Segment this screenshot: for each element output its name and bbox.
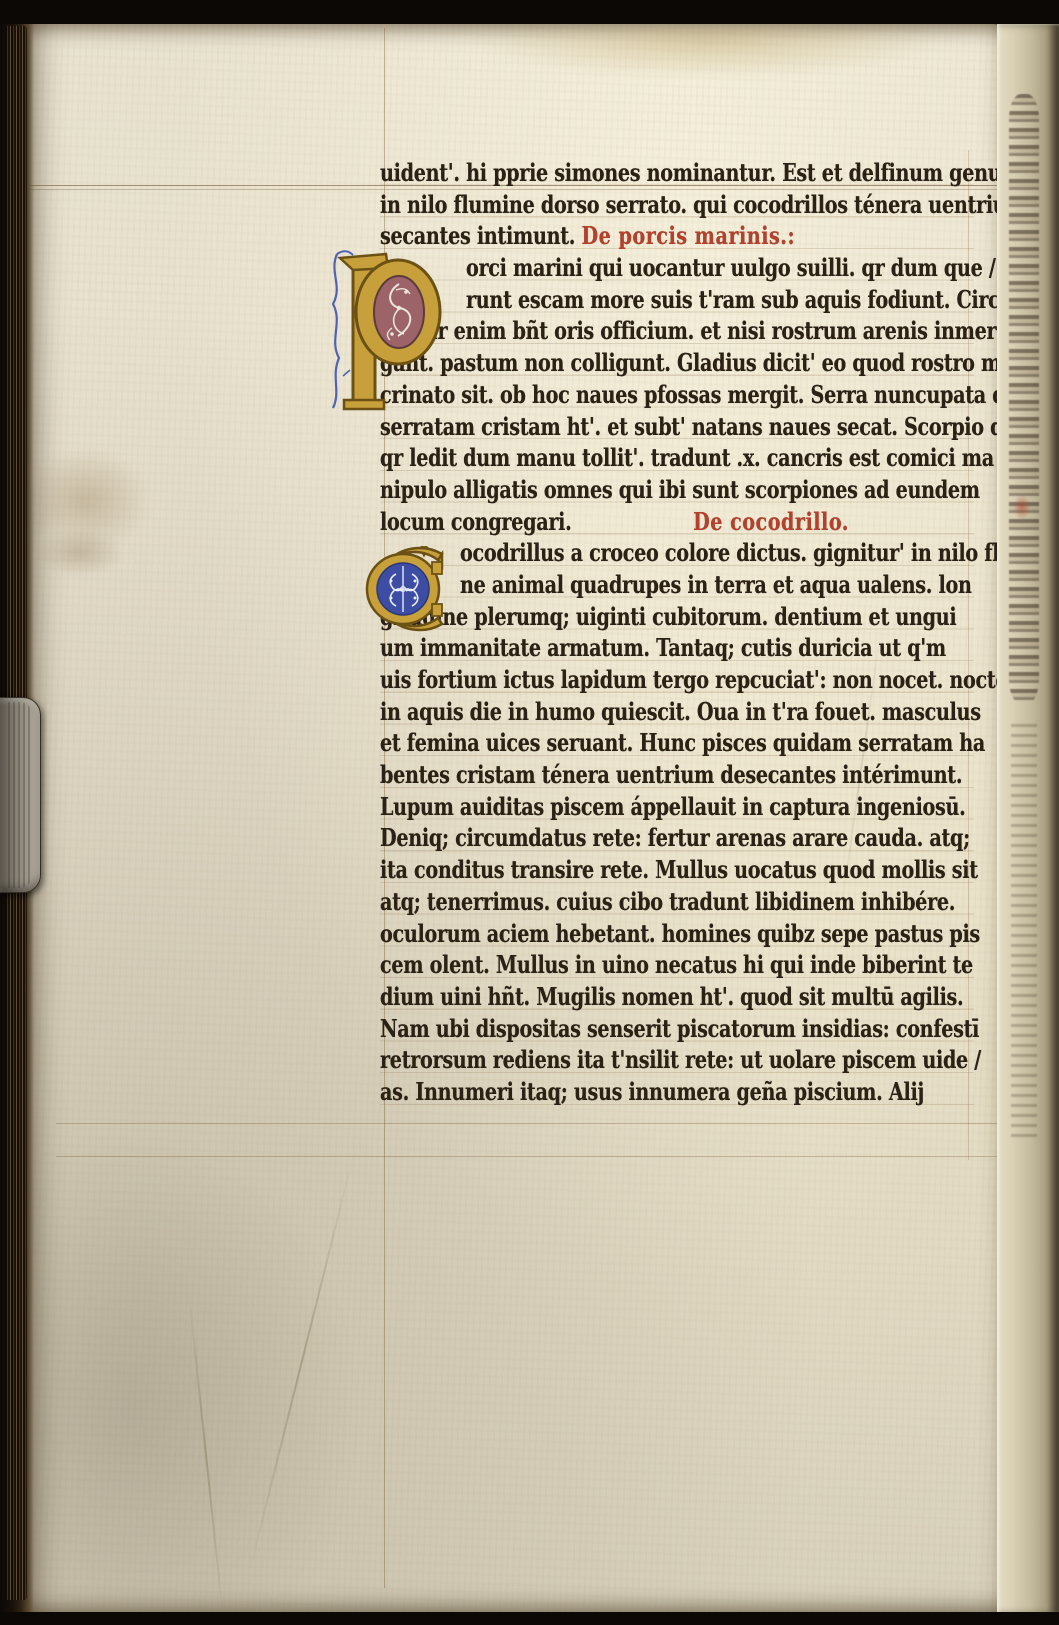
body-text: retrorsum rediens ita t'nsilit rete: ut … xyxy=(380,1045,981,1074)
text-line: locum congregari.De cocodrillo. xyxy=(380,506,974,538)
body-text: Lupum auiditas piscem áppellauit in capt… xyxy=(380,792,966,821)
text-line: Lupum auiditas piscem áppellauit in capt… xyxy=(380,791,974,823)
fore-edge-tab xyxy=(0,697,41,893)
text-line: nipulo alligatis omnes qui ibi sunt scor… xyxy=(380,474,974,506)
body-text: um immanitate armatum. Tantaq; cutis dur… xyxy=(380,633,946,662)
body-text: gant. pastum non colligunt. Gladius dici… xyxy=(380,348,1028,377)
text-line: orci marini qui uocantur uulgo suilli. q… xyxy=(466,252,974,284)
body-text: qr ledit dum manu tollit'. tradunt .x. c… xyxy=(380,443,994,472)
text-line: crinato sit. ob hoc naues pfossas mergit… xyxy=(380,379,974,411)
next-page-text-showthrough xyxy=(1009,94,1039,704)
illuminated-initial-c: C xyxy=(358,546,452,636)
text-line: uident'. hi pprie simones nominantur. Es… xyxy=(380,157,974,189)
text-line: um immanitate armatum. Tantaq; cutis dur… xyxy=(380,632,974,664)
body-text: et femina uices seruant. Hunc pisces qui… xyxy=(380,728,985,757)
text-line: in nilo flumine dorso serrato. qui cocod… xyxy=(380,189,974,221)
text-line: gant. pastum non colligunt. Gladius dici… xyxy=(380,347,974,379)
body-text: oculorum aciem hebetant. homines quibz s… xyxy=(380,919,980,948)
body-text: orci marini qui uocantur uulgo suilli. q… xyxy=(466,253,996,282)
text-line: atq; tenerrimus. cuius cibo tradunt libi… xyxy=(380,886,974,918)
body-text: bentes cristam ténera uentrium desecante… xyxy=(380,760,962,789)
text-line: et femina uices seruant. Hunc pisces qui… xyxy=(380,727,974,759)
ruling-line-horizontal xyxy=(56,1156,1004,1157)
body-text: in nilo flumine dorso serrato. qui cocod… xyxy=(380,190,1026,219)
ruling-line-horizontal xyxy=(56,1123,1004,1124)
text-line: retrorsum rediens ita t'nsilit rete: ut … xyxy=(380,1044,974,1076)
body-text: crinato sit. ob hoc naues pfossas mergit… xyxy=(380,380,1015,409)
photo-background xyxy=(0,1612,1059,1625)
manuscript-photo: uident'. hi pprie simones nominantur. Es… xyxy=(0,0,1059,1625)
body-text: ocodrillus a croceo colore dictus. gigni… xyxy=(460,538,1053,567)
fore-edge-next-page xyxy=(997,24,1059,1614)
body-text: as. Innumeri itaq; usus innumera geña pi… xyxy=(380,1077,924,1106)
body-text: runt escam more suis t'ram sub aquis fod… xyxy=(466,285,1012,314)
body-text: uis fortium ictus lapidum tergo repcucia… xyxy=(380,665,1007,694)
body-text: serratam cristam ht'. et subt' natans na… xyxy=(380,412,1043,441)
body-text: nipulo alligatis omnes qui ibi sunt scor… xyxy=(380,475,980,504)
text-line: serratam cristam ht'. et subt' natans na… xyxy=(380,411,974,443)
text-line: cem olent. Mullus in uino necatus hi qui… xyxy=(380,949,974,981)
photo-background xyxy=(0,0,1059,24)
rubric-text: De porcis marinis.: xyxy=(582,221,796,250)
pen-flourish xyxy=(337,251,353,255)
text-line: uis fortium ictus lapidum tergo repcucia… xyxy=(380,664,974,696)
text-line: runt escam more suis t'ram sub aquis fod… xyxy=(466,284,974,316)
initial-c-artwork xyxy=(358,546,452,632)
text-line: Deniq; circumdatus rete: fertur arenas a… xyxy=(380,822,974,854)
body-text: locum congregari. xyxy=(380,507,571,536)
body-text: guttur enim bñt oris officium. et nisi r… xyxy=(380,316,1009,345)
text-line: as. Innumeri itaq; usus innumera geña pi… xyxy=(380,1076,974,1108)
text-column: uident'. hi pprie simones nominantur. Es… xyxy=(380,157,974,1108)
initial-p-artwork xyxy=(326,250,442,412)
illuminated-initial-p: P xyxy=(326,250,442,416)
body-text: ne animal quadrupes in terra et aqua ual… xyxy=(460,570,972,599)
text-line: ita conditus transire rete. Mullus uocat… xyxy=(380,854,974,886)
text-line: qr ledit dum manu tollit'. tradunt .x. c… xyxy=(380,442,974,474)
body-text: uident'. hi pprie simones nominantur. Es… xyxy=(380,158,1012,187)
text-line: oculorum aciem hebetant. homines quibz s… xyxy=(380,918,974,950)
text-line: secantes intimunt. De porcis marinis.: xyxy=(380,220,974,252)
body-text: gitudine plerumq; uiginti cubitorum. den… xyxy=(380,602,956,631)
body-text: Deniq; circumdatus rete: fertur arenas a… xyxy=(380,823,970,852)
body-text: cem olent. Mullus in uino necatus hi qui… xyxy=(380,950,973,979)
body-text: dium uini hñt. Mugilis nomen ht'. quod s… xyxy=(380,982,963,1011)
text-line: bentes cristam ténera uentrium desecante… xyxy=(380,759,974,791)
text-line: Nam ubi dispositas senserit piscatorum i… xyxy=(380,1013,974,1045)
pen-flourish xyxy=(333,254,339,408)
text-line: ne animal quadrupes in terra et aqua ual… xyxy=(460,569,974,601)
text-line: in aquis die in humo quiescit. Oua in t'… xyxy=(380,696,974,728)
text-line: dium uini hñt. Mugilis nomen ht'. quod s… xyxy=(380,981,974,1013)
text-line: gitudine plerumq; uiginti cubitorum. den… xyxy=(380,601,974,633)
text-line: ocodrillus a croceo colore dictus. gigni… xyxy=(460,537,974,569)
next-page-text-showthrough xyxy=(1011,724,1037,1144)
next-page-rubric-showthrough xyxy=(1013,494,1031,520)
text-line: guttur enim bñt oris officium. et nisi r… xyxy=(380,315,974,347)
body-text: secantes intimunt. xyxy=(380,221,582,250)
body-text: Nam ubi dispositas senserit piscatorum i… xyxy=(380,1014,979,1043)
rubric-text: De cocodrillo. xyxy=(693,507,849,536)
body-text: atq; tenerrimus. cuius cibo tradunt libi… xyxy=(380,887,955,916)
body-text: in aquis die in humo quiescit. Oua in t'… xyxy=(380,697,981,726)
body-text: ita conditus transire rete. Mullus uocat… xyxy=(380,855,978,884)
